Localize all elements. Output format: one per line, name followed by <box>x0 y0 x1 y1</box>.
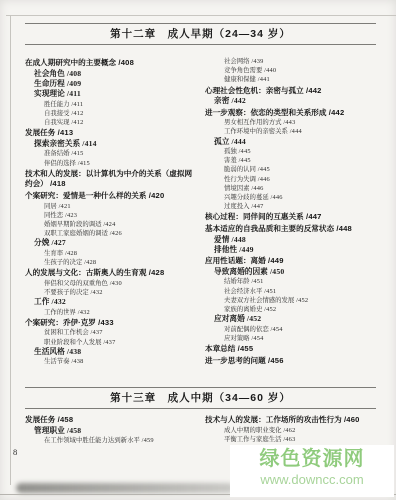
page-top-edge-line <box>6 15 396 16</box>
toc-entry-title: 生活节奏 <box>44 358 70 365</box>
toc-entry-title: 成人中期的职业变化 <box>224 427 282 434</box>
toc-entry: 性行为失调 /446 <box>205 175 376 184</box>
toc-entry-page: /458 <box>55 415 73 424</box>
toc-entry: 进一步观察：依恋的类型和关系形成 /442 <box>205 108 376 119</box>
toc-entry-title: 双职工家庭婚姻的调适 <box>44 230 108 237</box>
toc-entry-page: /463 <box>282 436 296 443</box>
toc-entry: 人的发展与文化：古斯奥人的生育观 /428 <box>25 268 199 279</box>
toc-entry-page: /424 <box>102 221 116 228</box>
toc-entry-title: 生命历程 <box>34 79 65 88</box>
toc-entry-page: /447 <box>250 203 264 210</box>
toc-entry-page: /444 <box>229 137 246 146</box>
toc-entry-page: /437 <box>89 329 103 336</box>
toc-entry: 社会角色 /408 <box>25 69 199 79</box>
toc-entry: 婚姻早期阶段的调适 /424 <box>25 220 199 229</box>
toc-entry-page: /411 <box>70 101 84 108</box>
toc-entry-title: 人的发展与文化：古斯奥人的生育观 <box>25 268 147 277</box>
toc-entry: 探索亲密关系 /414 <box>25 139 199 149</box>
toc-entry-title: 平衡工作与家庭生活 <box>224 436 282 443</box>
toc-entry: 生育率 /428 <box>25 249 199 258</box>
toc-entry: 心理社会性危机：亲密与孤立 /442 <box>205 86 376 97</box>
toc-entry-page: /413 <box>55 128 73 137</box>
toc-entry: 生命历程 /409 <box>25 79 199 89</box>
toc-entry: 生孩子的决定 /428 <box>25 258 199 267</box>
toc-entry-page: /423 <box>63 212 77 219</box>
toc-entry-title: 管理职业 <box>34 426 65 435</box>
toc-entry-page: /438 <box>65 347 82 356</box>
toc-entry: 核心过程：同伴间的互惠关系 /447 <box>205 212 376 223</box>
toc-entry-title: 本章总结 <box>205 344 235 353</box>
toc-entry-title: 生活风格 <box>34 347 65 356</box>
toc-entry: 实现理论 /411 <box>25 89 199 99</box>
watermark: 绿色资源网 www.downcc.com <box>230 445 394 497</box>
toc-entry-title: 应对策略 <box>224 335 250 342</box>
page-number: 8 <box>13 447 17 457</box>
toc-entry-title: 个案研究：乔伊·克罗 <box>25 318 96 327</box>
toc-entry: 应对策略 /454 <box>205 334 376 343</box>
toc-entry-page: /437 <box>102 339 116 346</box>
toc-column-left: 发展任务 /458管理职业 /458在工作领域中胜任能力达到新水平 /459 <box>25 414 199 445</box>
toc-entry-page: /415 <box>76 160 90 167</box>
toc-entry: 亲密 /442 <box>205 96 376 106</box>
toc-entry-title: 实现理论 <box>34 89 65 98</box>
toc-entry: 排他性 /449 <box>205 245 376 255</box>
chapter-12-title: 第十二章 成人早期（24—34 岁） <box>25 23 376 45</box>
toc-entry-page: /459 <box>140 437 154 444</box>
toc-entry-title: 社会角色 <box>34 69 65 78</box>
toc-entry-page: /451 <box>250 278 264 285</box>
toc-entry: 孤立 /444 <box>205 137 376 147</box>
toc-entry: 社会网络 /439 <box>205 57 376 66</box>
toc-entry-page: /447 <box>304 212 322 221</box>
toc-entry-title: 在工作领域中胜任能力达到新水平 <box>44 437 140 444</box>
toc-entry-page: /440 <box>262 67 276 74</box>
toc-entry-page: /443 <box>282 119 296 126</box>
toc-entry: 社会经济水平 /451 <box>205 287 376 296</box>
toc-entry-page: /452 <box>262 306 276 313</box>
toc-entry-page: /427 <box>49 238 66 247</box>
toc-entry-title: 进一步观察：依恋的类型和关系形成 <box>205 108 327 117</box>
toc-entry-page: /428 <box>63 250 77 257</box>
toc-entry-title: 孤立 <box>214 137 229 146</box>
toc-entry-page: /411 <box>65 89 81 98</box>
toc-entry-title: 同居 <box>44 203 57 210</box>
toc-entry-title: 心理社会性危机：亲密与孤立 <box>205 86 304 95</box>
toc-entry-title: 爱情 <box>214 235 229 244</box>
toc-entry-title: 生孩子的决定 <box>44 259 82 266</box>
toc-entry-title: 家族的离婚史 <box>224 306 262 313</box>
toc-entry: 竞争角色需要 /440 <box>205 66 376 75</box>
chapter-12-columns: 在成人期研究中的主要概念 /408社会角色 /408生命历程 /409实现理论 … <box>25 57 376 366</box>
toc-entry: 伴侣和父母的双重角色 /430 <box>25 279 199 288</box>
toc-entry-page: /441 <box>256 76 270 83</box>
watermark-site-url: www.downcc.com <box>230 472 394 488</box>
toc-entry-page: /414 <box>80 139 97 148</box>
toc-entry-page: /458 <box>65 426 82 435</box>
toc-entry-title: 孤独 <box>224 148 237 155</box>
toc-entry-title: 胜任能力 <box>44 101 70 108</box>
toc-entry-title: 在成人期研究中的主要概念 <box>25 58 116 67</box>
toc-entry-page: /418 <box>48 179 66 188</box>
toc-entry: 基本适应的自我品质和主要的反常状态 /448 <box>205 224 376 235</box>
toc-entry-title: 应对离婚 <box>214 314 245 323</box>
watermark-site-name: 绿色资源网 <box>230 447 394 472</box>
toc-entry-page: /432 <box>49 297 66 306</box>
toc-entry-page: /460 <box>342 415 360 424</box>
toc-entry-title: 兴趣分歧的蔓延 <box>224 194 269 201</box>
toc-entry-page: /408 <box>65 69 82 78</box>
chapter-13-title: 第十三章 成人中期（34—60 岁） <box>25 387 376 409</box>
toc-entry-page: /446 <box>256 176 270 183</box>
toc-entry: 对前配偶的依恋 /454 <box>205 325 376 334</box>
toc-entry-page: /445 <box>256 166 270 173</box>
toc-entry-page: /428 <box>147 268 165 277</box>
toc-entry-title: 准备结婚 <box>44 150 70 157</box>
toc-entry-title: 探索亲密关系 <box>34 139 80 148</box>
toc-entry-page: /442 <box>327 108 345 117</box>
toc-entry: 胜任能力 /411 <box>25 100 199 109</box>
page-left-edge-line <box>10 15 11 485</box>
toc-entry-title: 自我接受 <box>44 110 70 117</box>
toc-entry-page: /448 <box>334 224 352 233</box>
toc-entry: 不要孩子的决定 /432 <box>25 288 199 297</box>
toc-entry: 个案研究：乔伊·克罗 /433 <box>25 318 199 329</box>
toc-entry-page: /446 <box>269 194 283 201</box>
toc-entry: 导致离婚的因素 /450 <box>205 267 376 277</box>
toc-entry-page: /428 <box>82 259 96 266</box>
toc-entry-page: /412 <box>70 110 84 117</box>
toc-entry-title: 自我实现 <box>44 119 70 126</box>
toc-entry-title: 贫困和工作机会 <box>44 329 89 336</box>
toc-column-right: 技术与人的发展：工作场所的攻击性行为 /460成人中期的职业变化 /462平衡工… <box>199 414 376 444</box>
toc-entry: 个案研究：爱情是一种什么样的关系 /420 <box>25 191 199 202</box>
toc-entry-title: 结婚年龄 <box>224 278 250 285</box>
toc-entry-page: /433 <box>96 318 114 327</box>
toc-entry: 脆弱的认同 /445 <box>205 165 376 174</box>
toc-entry: 害羞 /445 <box>205 156 376 165</box>
toc-entry-page: /412 <box>70 119 84 126</box>
toc-entry-page: /449 <box>237 245 254 254</box>
toc-entry-title: 分娩 <box>34 238 49 247</box>
toc-entry: 同居 /421 <box>25 202 199 211</box>
toc-entry-title: 社会经济水平 <box>224 288 262 295</box>
toc-entry: 爱情 /448 <box>205 235 376 245</box>
toc-entry-page: /409 <box>65 79 82 88</box>
toc-entry: 夫妻双方社会情感的发展 /452 <box>205 296 376 305</box>
toc-entry-page: /450 <box>268 267 285 276</box>
toc-entry-page: /452 <box>245 314 262 323</box>
toc-entry-title: 不要孩子的决定 <box>44 289 89 296</box>
toc-entry: 伴侣的选择 /415 <box>25 159 199 168</box>
toc-entry-title: 生育率 <box>44 250 63 257</box>
toc-entry-title: 伴侣和父母的双重角色 <box>44 280 108 287</box>
toc-entry: 过度投入 /447 <box>205 202 376 211</box>
toc-column-left: 在成人期研究中的主要概念 /408社会角色 /408生命历程 /409实现理论 … <box>25 57 199 366</box>
toc-entry-title: 过度投入 <box>224 203 250 210</box>
toc-entry-page: /430 <box>108 280 122 287</box>
toc-entry-title: 男女相互作用的方式 <box>224 119 282 126</box>
toc-entry: 发展任务 /458 <box>25 415 199 426</box>
toc-entry: 在工作领域中胜任能力达到新水平 /459 <box>25 436 199 445</box>
toc-entry-page: /446 <box>250 185 264 192</box>
toc-entry: 自我接受 /412 <box>25 109 199 118</box>
toc-entry-page: /445 <box>237 148 251 155</box>
toc-entry-page: /415 <box>70 150 84 157</box>
toc-entry-title: 伴侣的选择 <box>44 160 76 167</box>
toc-entry-title: 工作的世界 <box>44 309 76 316</box>
toc-entry-title: 个案研究：爱情是一种什么样的关系 <box>25 191 147 200</box>
toc-entry: 应对离婚 /452 <box>205 314 376 324</box>
toc-entry-title: 应用性话题：离婚 <box>205 256 266 265</box>
toc-entry: 职业阶段和个人发展 /437 <box>25 338 199 347</box>
toc-entry: 健康和保健 /441 <box>205 75 376 84</box>
toc-entry: 兴趣分歧的蔓延 /446 <box>205 193 376 202</box>
chapter-12-section: 第十二章 成人早期（24—34 岁） 在成人期研究中的主要概念 /408社会角色… <box>25 23 376 366</box>
toc-entry-page: /421 <box>57 203 71 210</box>
toc-entry: 男女相互作用的方式 /443 <box>205 118 376 127</box>
toc-entry: 管理职业 /458 <box>25 426 199 436</box>
toc-entry-page: /426 <box>108 230 122 237</box>
scanned-book-page: 第十二章 成人早期（24—34 岁） 在成人期研究中的主要概念 /408社会角色… <box>0 0 396 500</box>
toc-entry: 情境因素 /446 <box>205 184 376 193</box>
toc-entry: 应用性话题：离婚 /449 <box>205 256 376 267</box>
toc-entry-page: /456 <box>266 356 284 365</box>
toc-entry-title: 工作 <box>34 297 49 306</box>
toc-entry: 发展任务 /413 <box>25 128 199 139</box>
toc-entry-title: 性行为失调 <box>224 176 256 183</box>
toc-entry: 工作环境中的亲密关系 /444 <box>205 127 376 136</box>
toc-entry: 结婚年龄 /451 <box>205 277 376 286</box>
toc-entry: 技术和人的发展：以计算机为中介的关系（虚拟网约会） /418 <box>25 169 199 190</box>
toc-entry-page: /442 <box>304 86 322 95</box>
toc-entry-title: 基本适应的自我品质和主要的反常状态 <box>205 224 334 233</box>
toc-entry-title: 工作环境中的亲密关系 <box>224 128 288 135</box>
toc-entry-title: 竞争角色需要 <box>224 67 262 74</box>
toc-entry: 生活风格 /438 <box>25 347 199 357</box>
toc-entry-page: /420 <box>147 191 165 200</box>
toc-entry: 孤独 /445 <box>205 147 376 156</box>
toc-entry-title: 脆弱的认同 <box>224 166 256 173</box>
toc-entry-title: 健康和保健 <box>224 76 256 83</box>
toc-entry-page: /454 <box>269 326 283 333</box>
toc-entry-title: 情境因素 <box>224 185 250 192</box>
toc-entry-page: /451 <box>262 288 276 295</box>
scan-shadow-band <box>16 483 234 493</box>
toc-entry-page: /445 <box>237 157 251 164</box>
toc-entry-page: /449 <box>266 256 284 265</box>
toc-entry: 生活节奏 /438 <box>25 357 199 366</box>
toc-entry-title: 导致离婚的因素 <box>214 267 268 276</box>
toc-entry-title: 亲密 <box>214 96 229 105</box>
toc-entry-page: /452 <box>294 297 308 304</box>
toc-entry-page: /455 <box>235 344 253 353</box>
toc-entry: 同性恋 /423 <box>25 211 199 220</box>
toc-entry-page: /439 <box>250 58 264 65</box>
toc-entry: 工作 /432 <box>25 297 199 307</box>
toc-entry: 在成人期研究中的主要概念 /408 <box>25 58 199 69</box>
toc-entry-title: 进一步思考的问题 <box>205 356 266 365</box>
toc-entry: 成人中期的职业变化 /462 <box>205 426 376 435</box>
toc-entry-title: 婚姻早期阶段的调适 <box>44 221 102 228</box>
toc-entry-page: /454 <box>250 335 264 342</box>
toc-entry-title: 夫妻双方社会情感的发展 <box>224 297 294 304</box>
toc-entry-page: /438 <box>70 358 84 365</box>
toc-entry: 自我实现 /412 <box>25 118 199 127</box>
toc-entry-title: 害羞 <box>224 157 237 164</box>
chapter-13-section: 第十三章 成人中期（34—60 岁） 发展任务 /458管理职业 /458在工作… <box>25 387 376 445</box>
toc-entry-title: 对前配偶的依恋 <box>224 326 269 333</box>
toc-entry-page: /442 <box>229 96 246 105</box>
toc-entry-page: /408 <box>116 58 134 67</box>
toc-entry-title: 技术与人的发展：工作场所的攻击性行为 <box>205 415 342 424</box>
chapter-13-columns: 发展任务 /458管理职业 /458在工作领域中胜任能力达到新水平 /459 技… <box>25 414 376 445</box>
toc-entry: 工作的世界 /432 <box>25 308 199 317</box>
toc-entry-title: 社会网络 <box>224 58 250 65</box>
toc-entry-page: /444 <box>288 128 302 135</box>
toc-entry: 贫困和工作机会 /437 <box>25 328 199 337</box>
toc-entry-title: 发展任务 <box>25 128 55 137</box>
toc-entry-page: /432 <box>89 289 103 296</box>
toc-entry: 本章总结 /455 <box>205 344 376 355</box>
toc-entry-title: 发展任务 <box>25 415 55 424</box>
toc-entry: 平衡工作与家庭生活 /463 <box>205 435 376 444</box>
toc-entry-page: /462 <box>282 427 296 434</box>
toc-entry-title: 同性恋 <box>44 212 63 219</box>
toc-entry-title: 职业阶段和个人发展 <box>44 339 102 346</box>
toc-entry: 分娩 /427 <box>25 238 199 248</box>
toc-entry: 准备结婚 /415 <box>25 149 199 158</box>
toc-entry-title: 排他性 <box>214 245 237 254</box>
toc-entry: 家族的离婚史 /452 <box>205 305 376 314</box>
toc-entry-title: 核心过程：同伴间的互惠关系 <box>205 212 304 221</box>
toc-entry: 技术与人的发展：工作场所的攻击性行为 /460 <box>205 415 376 426</box>
toc-column-right: 社会网络 /439竞争角色需要 /440健康和保健 /441心理社会性危机：亲密… <box>199 57 376 366</box>
toc-entry-page: /448 <box>229 235 246 244</box>
toc-entry-page: /432 <box>76 309 90 316</box>
toc-entry: 进一步思考的问题 /456 <box>205 356 376 367</box>
